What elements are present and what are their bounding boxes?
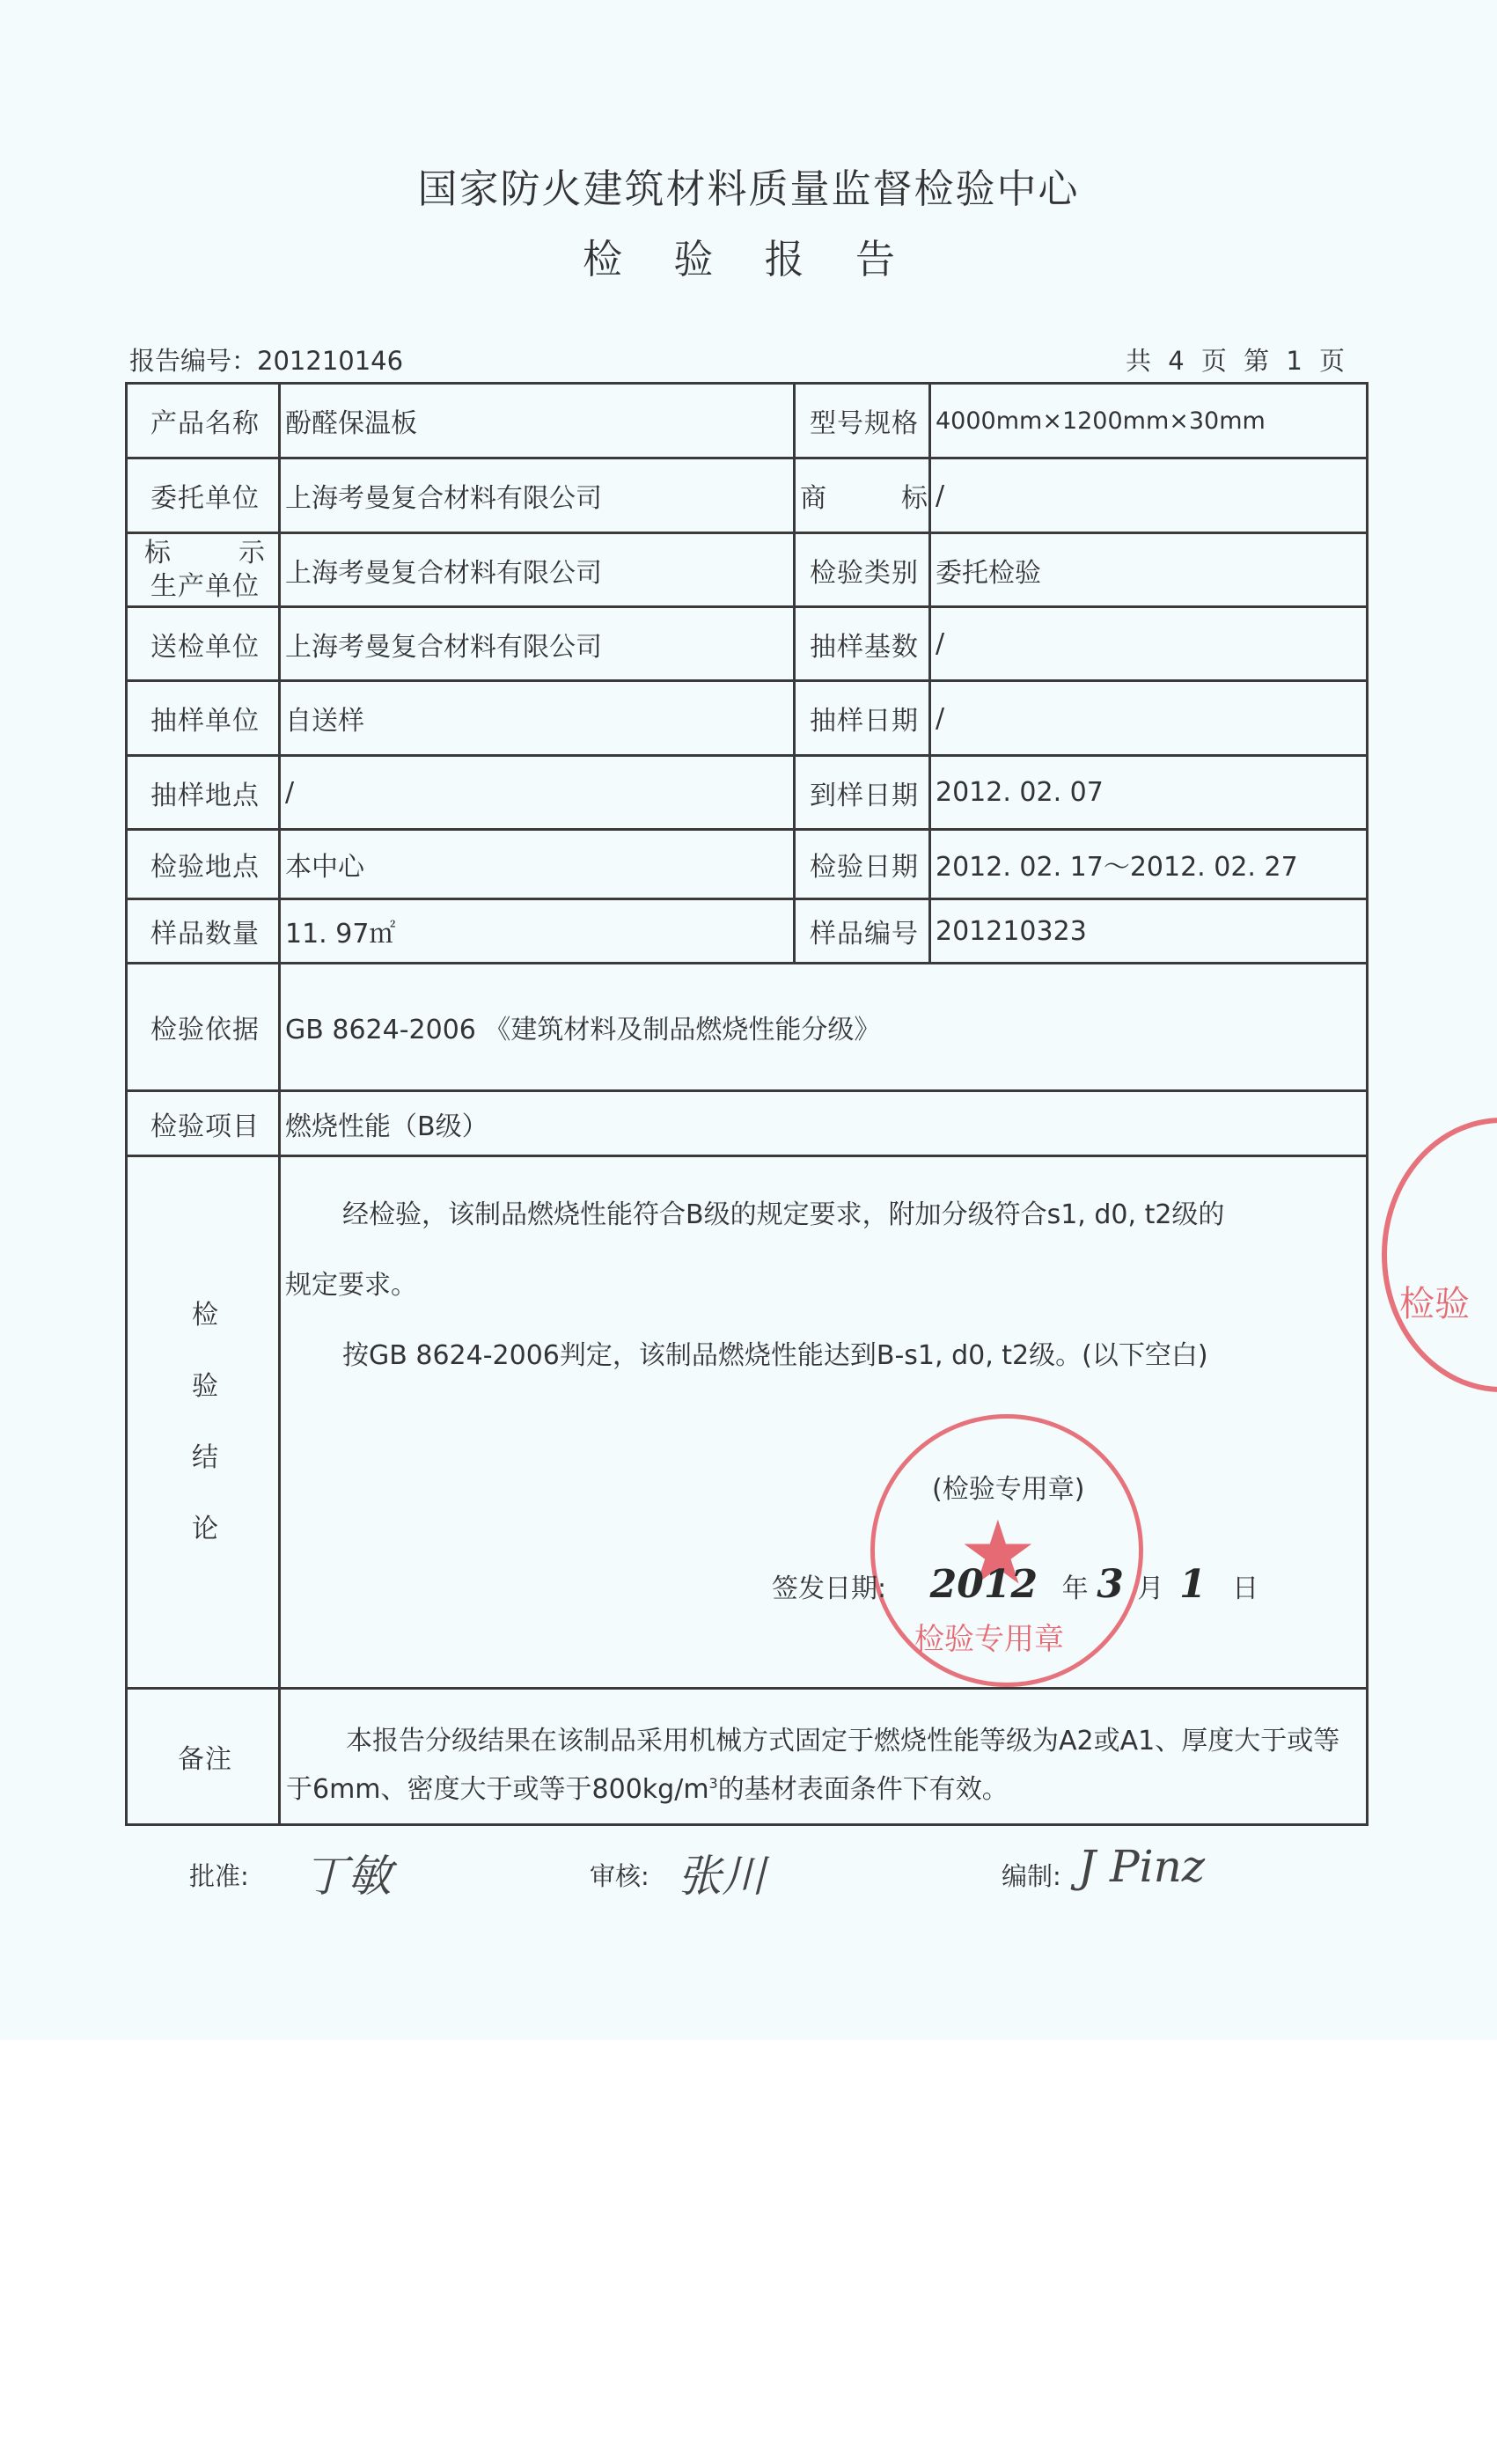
field-value-trademark: / — [930, 458, 1368, 533]
month-char: 月 — [1137, 1573, 1163, 1604]
report-number-value: 201210146 — [257, 346, 403, 376]
label-part: 示 — [238, 537, 266, 570]
report-number-label: 报告编号： — [129, 346, 257, 376]
field-label: 抽样日期 — [795, 681, 930, 756]
table-row: 检验依据 GB 8624-2006 《建筑材料及制品燃烧性能分级》 — [127, 964, 1368, 1091]
field-value-test-basis: GB 8624-2006 《建筑材料及制品燃烧性能分级》 — [280, 964, 1368, 1091]
field-label: 到样日期 — [795, 756, 930, 830]
label-char: 检 — [132, 1280, 278, 1351]
field-label: 抽样单位 — [127, 681, 280, 756]
field-value-test-date: 2012. 02. 17～2012. 02. 27 — [930, 830, 1368, 899]
field-label: 检验地点 — [127, 830, 280, 899]
table-row: 抽样地点 / 到样日期 2012. 02. 07 — [127, 756, 1368, 830]
field-label: 检验类别 — [795, 533, 930, 607]
table-row: 检验地点 本中心 检验日期 2012. 02. 17～2012. 02. 27 — [127, 830, 1368, 899]
approve-signature: 丁敏 — [304, 1841, 392, 1904]
partial-seal-text: 检验 — [1399, 1276, 1470, 1326]
remark-text-end: 的基材表面条件下有效。 — [718, 1774, 1009, 1805]
issue-day: 1 — [1179, 1562, 1207, 1607]
table-row: 委托单位 上海考曼复合材料有限公司 商标 / — [127, 458, 1368, 533]
table-row: 标示 生产单位 上海考曼复合材料有限公司 检验类别 委托检验 — [127, 533, 1368, 607]
compile-label: 编制: — [1002, 1857, 1061, 1893]
field-value-sample-no: 201210323 — [930, 899, 1368, 964]
page-info: 共 4 页 第 1 页 — [1126, 341, 1349, 378]
field-label: 抽样基数 — [795, 607, 930, 681]
remark-label: 备注 — [127, 1689, 280, 1825]
label-part: 生产单位 — [132, 570, 278, 604]
document-type-title: 检 验 报 告 — [0, 227, 1497, 284]
field-label: 样品编号 — [795, 899, 930, 964]
table-row: 产品名称 酚醛保温板 型号规格 4000mm×1200mm×30mm — [127, 384, 1368, 458]
field-label: 商标 — [795, 458, 930, 533]
field-value-sampling-base: / — [930, 607, 1368, 681]
conclusion-para1-line2: 规定要求。 — [285, 1263, 417, 1302]
field-label: 委托单位 — [127, 458, 280, 533]
remark-superscript: 3 — [709, 1775, 718, 1792]
issue-date-label: 签发日期: — [772, 1573, 886, 1604]
field-label: 送检单位 — [127, 607, 280, 681]
field-label: 检验依据 — [127, 964, 280, 1091]
label-char: 验 — [132, 1351, 278, 1422]
issue-date: 签发日期: 2012 年 3 月 1 日 — [772, 1562, 1259, 1607]
seal-bottom-text: 检验专用章 — [914, 1615, 1064, 1658]
field-value-product-name: 酚醛保温板 — [280, 384, 795, 458]
label-char: 结 — [132, 1422, 278, 1493]
label-part: 标 — [144, 537, 172, 570]
conclusion-para2: 按GB 8624-2006判定，该制品燃烧性能达到B-s1, d0, t2级。(… — [342, 1333, 1208, 1372]
conclusion-label: 检 验 结 论 — [127, 1156, 280, 1689]
label-char: 论 — [132, 1493, 278, 1565]
field-label: 型号规格 — [795, 384, 930, 458]
field-value-sampling-place: / — [280, 756, 795, 830]
field-label: 检验日期 — [795, 830, 930, 899]
seal-note: (检验专用章) — [932, 1467, 1084, 1506]
table-row: 抽样单位 自送样 抽样日期 / — [127, 681, 1368, 756]
field-value-test-item: 燃烧性能（B级） — [280, 1091, 1368, 1156]
conclusion-body: 经检验，该制品燃烧性能符合B级的规定要求，附加分级符合s1, d0, t2级的 … — [280, 1156, 1368, 1689]
review-label: 审核: — [590, 1857, 649, 1893]
organization-title: 国家防火建筑材料质量监督检验中心 — [0, 157, 1497, 214]
field-label-marked-producer: 标示 生产单位 — [127, 533, 280, 607]
field-value-test-type: 委托检验 — [930, 533, 1368, 607]
field-value-test-place: 本中心 — [280, 830, 795, 899]
issue-year: 2012 — [930, 1562, 1038, 1607]
field-value-model-spec: 4000mm×1200mm×30mm — [930, 384, 1368, 458]
issue-month: 3 — [1097, 1562, 1124, 1607]
table-row-conclusion: 检 验 结 论 经检验，该制品燃烧性能符合B级的规定要求，附加分级符合s1, d… — [127, 1156, 1368, 1689]
review-signature: 张川 — [678, 1841, 766, 1904]
field-label: 抽样地点 — [127, 756, 280, 830]
conclusion-para1-line1: 经检验，该制品燃烧性能符合B级的规定要求，附加分级符合s1, d0, t2级的 — [342, 1192, 1224, 1231]
approve-label: 批准: — [189, 1857, 249, 1893]
report-number: 报告编号：201210146 — [129, 341, 403, 378]
table-row: 样品数量 11. 97㎡ 样品编号 201210323 — [127, 899, 1368, 964]
field-value-sampling-unit: 自送样 — [280, 681, 795, 756]
field-value-arrival-date: 2012. 02. 07 — [930, 756, 1368, 830]
field-value-submitter: 上海考曼复合材料有限公司 — [280, 607, 795, 681]
field-label: 检验项目 — [127, 1091, 280, 1156]
field-label: 产品名称 — [127, 384, 280, 458]
year-char: 年 — [1062, 1573, 1089, 1604]
report-table: 产品名称 酚醛保温板 型号规格 4000mm×1200mm×30mm 委托单位 … — [125, 382, 1369, 1826]
field-value-client: 上海考曼复合材料有限公司 — [280, 458, 795, 533]
day-char: 日 — [1232, 1573, 1259, 1604]
remark-text: 本报告分级结果在该制品采用机械方式固定于燃烧性能等级为A2或A1、厚度大于或等于… — [280, 1689, 1368, 1825]
table-row: 送检单位 上海考曼复合材料有限公司 抽样基数 / — [127, 607, 1368, 681]
table-row-remark: 备注 本报告分级结果在该制品采用机械方式固定于燃烧性能等级为A2或A1、厚度大于… — [127, 1689, 1368, 1825]
compile-signature: J Pinz — [1078, 1841, 1205, 1892]
field-value-sample-qty: 11. 97㎡ — [280, 899, 795, 964]
field-value-sampling-date: / — [930, 681, 1368, 756]
field-value-marked-producer: 上海考曼复合材料有限公司 — [280, 533, 795, 607]
field-label: 样品数量 — [127, 899, 280, 964]
table-row: 检验项目 燃烧性能（B级） — [127, 1091, 1368, 1156]
